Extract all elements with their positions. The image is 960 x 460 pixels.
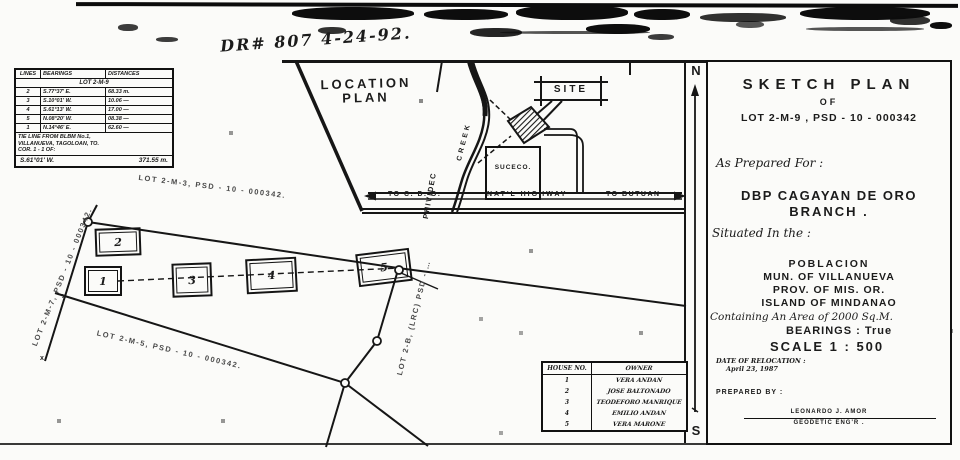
title-block-panel: SKETCH PLAN OF LOT 2-M-9 , PSD - 10 - 00… bbox=[706, 60, 952, 445]
north-arrow bbox=[691, 84, 699, 412]
tie-header-distances: DISTANCES bbox=[106, 70, 172, 78]
location-province: PROV. OF MIS. OR. bbox=[708, 284, 950, 296]
house-square-3: 3 bbox=[171, 262, 212, 297]
owner-table: HOUSE NO. OWNER 1VERA ANDAN 2JOSE BALTON… bbox=[541, 361, 688, 432]
house-square-2: 2 bbox=[95, 227, 142, 257]
tie-bearing-row: S.61°01' W.371.55 m. bbox=[16, 156, 172, 166]
road-destination-right: TO BUTUAN bbox=[606, 191, 661, 198]
table-row: 2S.77°37' E.68.33 m. bbox=[16, 88, 172, 97]
client-name-line2: BRANCH . bbox=[708, 204, 950, 219]
table-row: 5VERA MARONE bbox=[543, 419, 686, 430]
relocation-date-label: DATE OF RELOCATION : bbox=[716, 357, 806, 365]
owner-table-header: HOUSE NO. OWNER bbox=[543, 363, 686, 375]
client-name-line1: DBP CAGAYAN DE ORO bbox=[708, 188, 950, 203]
tie-table-lot-subheader: LOT 2-M-9 bbox=[16, 79, 172, 88]
sketch-plan-title: SKETCH PLAN bbox=[708, 76, 950, 93]
situated-label: Situated In the : bbox=[712, 226, 811, 240]
house-square-1: 1 bbox=[84, 266, 122, 296]
table-row: 1VERA ANDAN bbox=[543, 375, 686, 386]
compass-south-label: S bbox=[686, 423, 706, 438]
house-square-5: 5 bbox=[355, 248, 413, 287]
tie-table-header: LINES BEARINGS DISTANCES bbox=[16, 70, 172, 79]
tie-note: TIE LINE FROM BLBM No.1, VILLANUEVA, TAG… bbox=[16, 133, 172, 156]
table-row: 3S.10°01' W.10.06 — bbox=[16, 97, 172, 106]
corner-x-mark: x bbox=[62, 293, 66, 300]
owner-header-houseno: HOUSE NO. bbox=[543, 363, 592, 374]
engineer-title: GEODETIC ENG'R . bbox=[708, 420, 950, 426]
engineer-name: LEONARDO J. AMOR bbox=[708, 409, 950, 415]
tie-line-table: LINES BEARINGS DISTANCES LOT 2-M-9 2S.77… bbox=[14, 68, 174, 168]
site-label: SITE bbox=[541, 84, 601, 95]
title-of: OF bbox=[708, 97, 950, 107]
suceco-label: SUCECO. bbox=[487, 164, 539, 171]
table-row: 3TEODEFORO MANRIQUE bbox=[543, 397, 686, 408]
signature-underline bbox=[744, 418, 936, 419]
compass-north-label: N bbox=[686, 63, 706, 78]
prepared-by-label: PREPARED BY : bbox=[716, 389, 783, 396]
table-row: 4EMILIO ANDAN bbox=[543, 408, 686, 419]
road-destination-left: TO C. D. O. bbox=[388, 191, 441, 198]
area-statement: Containing An Area of 2000 Sq.M. bbox=[710, 311, 893, 323]
table-row: 5N.08°20' W.08.38 — bbox=[16, 115, 172, 124]
lot-identifier: LOT 2-M-9 , PSD - 10 - 000342 bbox=[708, 112, 950, 124]
house-square-4: 4 bbox=[245, 257, 298, 295]
site-parcel-hatched bbox=[508, 107, 549, 143]
table-row: 2JOSE BALTONADO bbox=[543, 386, 686, 397]
road-name-label: NAT'L HIGHWAY bbox=[487, 191, 567, 198]
scanned-sketch-plan-document: DR# 807 4-24-92. bbox=[0, 0, 960, 460]
location-barangay: POBLACION bbox=[708, 258, 950, 270]
tie-header-lines: LINES bbox=[16, 70, 41, 78]
corner-x-mark: x bbox=[40, 355, 44, 362]
bearings-statement: BEARINGS : True bbox=[786, 325, 892, 337]
location-plan-title-line2: PLAN bbox=[310, 89, 422, 107]
scale-statement: SCALE 1 : 500 bbox=[770, 339, 884, 354]
prepared-for-label: As Prepared For : bbox=[716, 156, 823, 170]
table-row: 1N.14°46' E.62.60 — bbox=[16, 124, 172, 133]
location-municipality: MUN. OF VILLANUEVA bbox=[708, 271, 950, 283]
relocation-date-value: April 23, 1987 bbox=[726, 365, 778, 373]
table-row: 4S.61°13' W.17.00 — bbox=[16, 106, 172, 115]
owner-header-owner: OWNER bbox=[591, 363, 687, 374]
location-island: ISLAND OF MINDANAO bbox=[708, 297, 950, 309]
tie-header-bearings: BEARINGS bbox=[41, 70, 106, 78]
